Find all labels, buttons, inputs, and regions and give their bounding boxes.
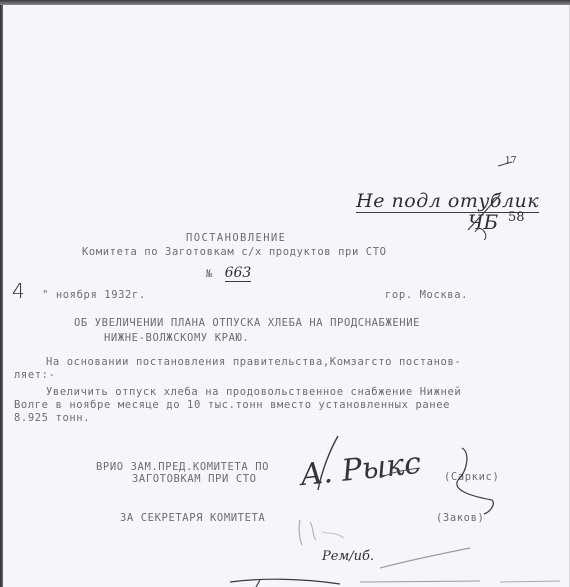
scan-top-border — [0, 0, 570, 5]
handwritten-number: 58 — [508, 210, 525, 225]
resolution-line-2: Волге в ноябре месяце до 10 тыс.тонн вме… — [14, 399, 450, 411]
document-subtitle: Комитета по Заготовкам с/х продуктов при… — [82, 246, 387, 258]
deputy-title-line-2: ЗАГОТОВКАМ ПРИ СТО — [132, 473, 257, 485]
deputy-title-line-1: ВРИО ЗАМ.ПРЕД.КОМИТЕТА ПО — [96, 461, 269, 473]
deputy-signature: А. Рыкс — [299, 446, 423, 493]
secretary-title: ЗА СЕКРЕТАРЯ КОМИТЕТА — [120, 512, 265, 524]
date-day: 4 — [12, 279, 25, 303]
handwritten-initials: ЧБ — [468, 210, 498, 234]
scanned-document-page: Не подл отублик 17 ЧБ 58 ПОСТАНОВЛЕНИЕ К… — [0, 0, 570, 587]
subject-line-1: ОБ УВЕЛИЧЕНИИ ПЛАНА ОТПУСКА ХЛЕБА НА ПРО… — [74, 317, 420, 329]
preamble-line-1: На основании постановления правительства… — [46, 356, 461, 368]
document-title: ПОСТАНОВЛЕНИЕ — [186, 232, 286, 244]
preamble-line-2: ляет:- — [14, 369, 56, 381]
resolution-line-1: Увеличить отпуск хлеба на продовольствен… — [46, 386, 461, 398]
date-place: гор. Москва. — [385, 289, 468, 301]
scan-left-border — [0, 5, 3, 587]
handwritten-superscript: 17 — [505, 156, 516, 166]
number-value: 663 — [225, 265, 252, 282]
date-month-year: " ноября 1932г. — [42, 289, 146, 301]
footer-handwritten-note: Рем/иб. — [322, 549, 374, 564]
resolution-line-3: 8.925 тонн. — [14, 412, 90, 424]
deputy-name: (Саркис) — [444, 471, 499, 483]
subject-line-2: НИЖНЕ-ВОЛЖСКОМУ КРАЮ. — [104, 332, 249, 344]
secretary-name: (Заков) — [436, 512, 484, 524]
number-prefix: № — [206, 268, 213, 280]
document-number: № 663 — [206, 262, 251, 281]
